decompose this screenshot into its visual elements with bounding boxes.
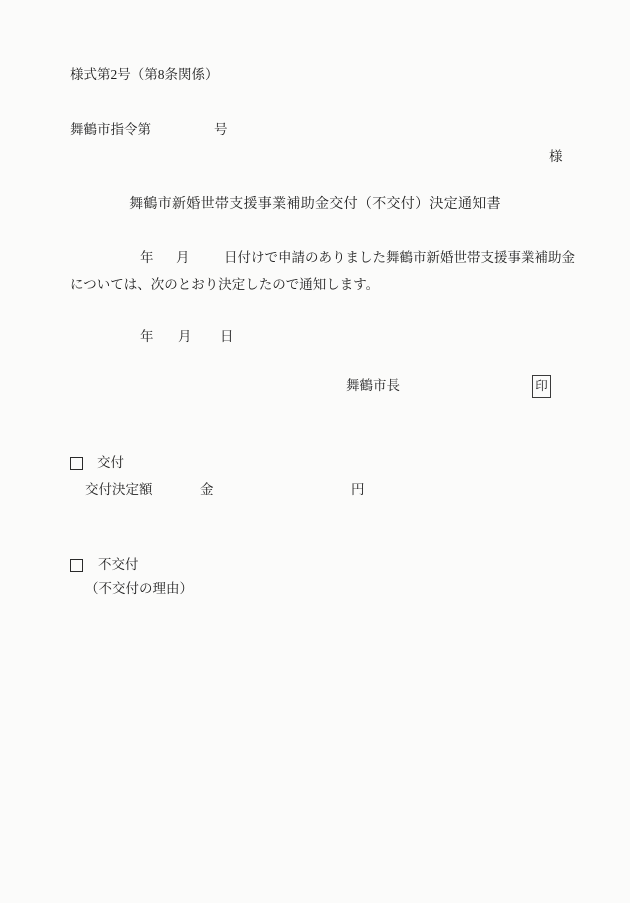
directive-suffix: 号 <box>214 122 228 137</box>
no-grant-label: 不交付 <box>98 558 139 572</box>
application-month-label: 月 <box>176 251 190 265</box>
no-grant-checkbox-icon[interactable] <box>70 559 83 572</box>
grant-amount-currency-suffix: 円 <box>351 483 365 497</box>
no-grant-reason-label: （不交付の理由） <box>85 582 193 596</box>
body-line2: については、次のとおり決定したので通知します。 <box>70 278 379 292</box>
issue-day-label: 日 <box>220 330 234 344</box>
seal-label: 印 <box>535 379 548 393</box>
issue-month-label: 月 <box>178 330 192 344</box>
addressee-honorific: 様 <box>549 150 563 164</box>
directive-prefix: 舞鶴市指令第 <box>70 122 151 137</box>
application-year-label: 年 <box>140 251 154 265</box>
mayor-label: 舞鶴市長 <box>346 379 400 393</box>
issue-year-label: 年 <box>140 330 154 344</box>
directive-number-line: 舞鶴市指令第号 <box>70 123 228 137</box>
form-number: 様式第2号（第8条関係） <box>70 68 219 82</box>
grant-label: 交付 <box>97 456 124 470</box>
grant-checkbox-icon[interactable] <box>70 457 83 470</box>
grant-amount-currency-prefix: 金 <box>200 483 214 497</box>
document-title: 舞鶴市新婚世帯支援事業補助金交付（不交付）決定通知書 <box>0 198 630 212</box>
document-page: 様式第2号（第8条関係） 舞鶴市指令第号 様 舞鶴市新婚世帯支援事業補助金交付（… <box>0 0 630 903</box>
grant-amount-label: 交付決定額 <box>85 483 153 497</box>
application-day-and-text: 日付けで申請のありました舞鶴市新婚世帯支援事業補助金 <box>224 251 575 265</box>
seal-box: 印 <box>532 375 551 398</box>
